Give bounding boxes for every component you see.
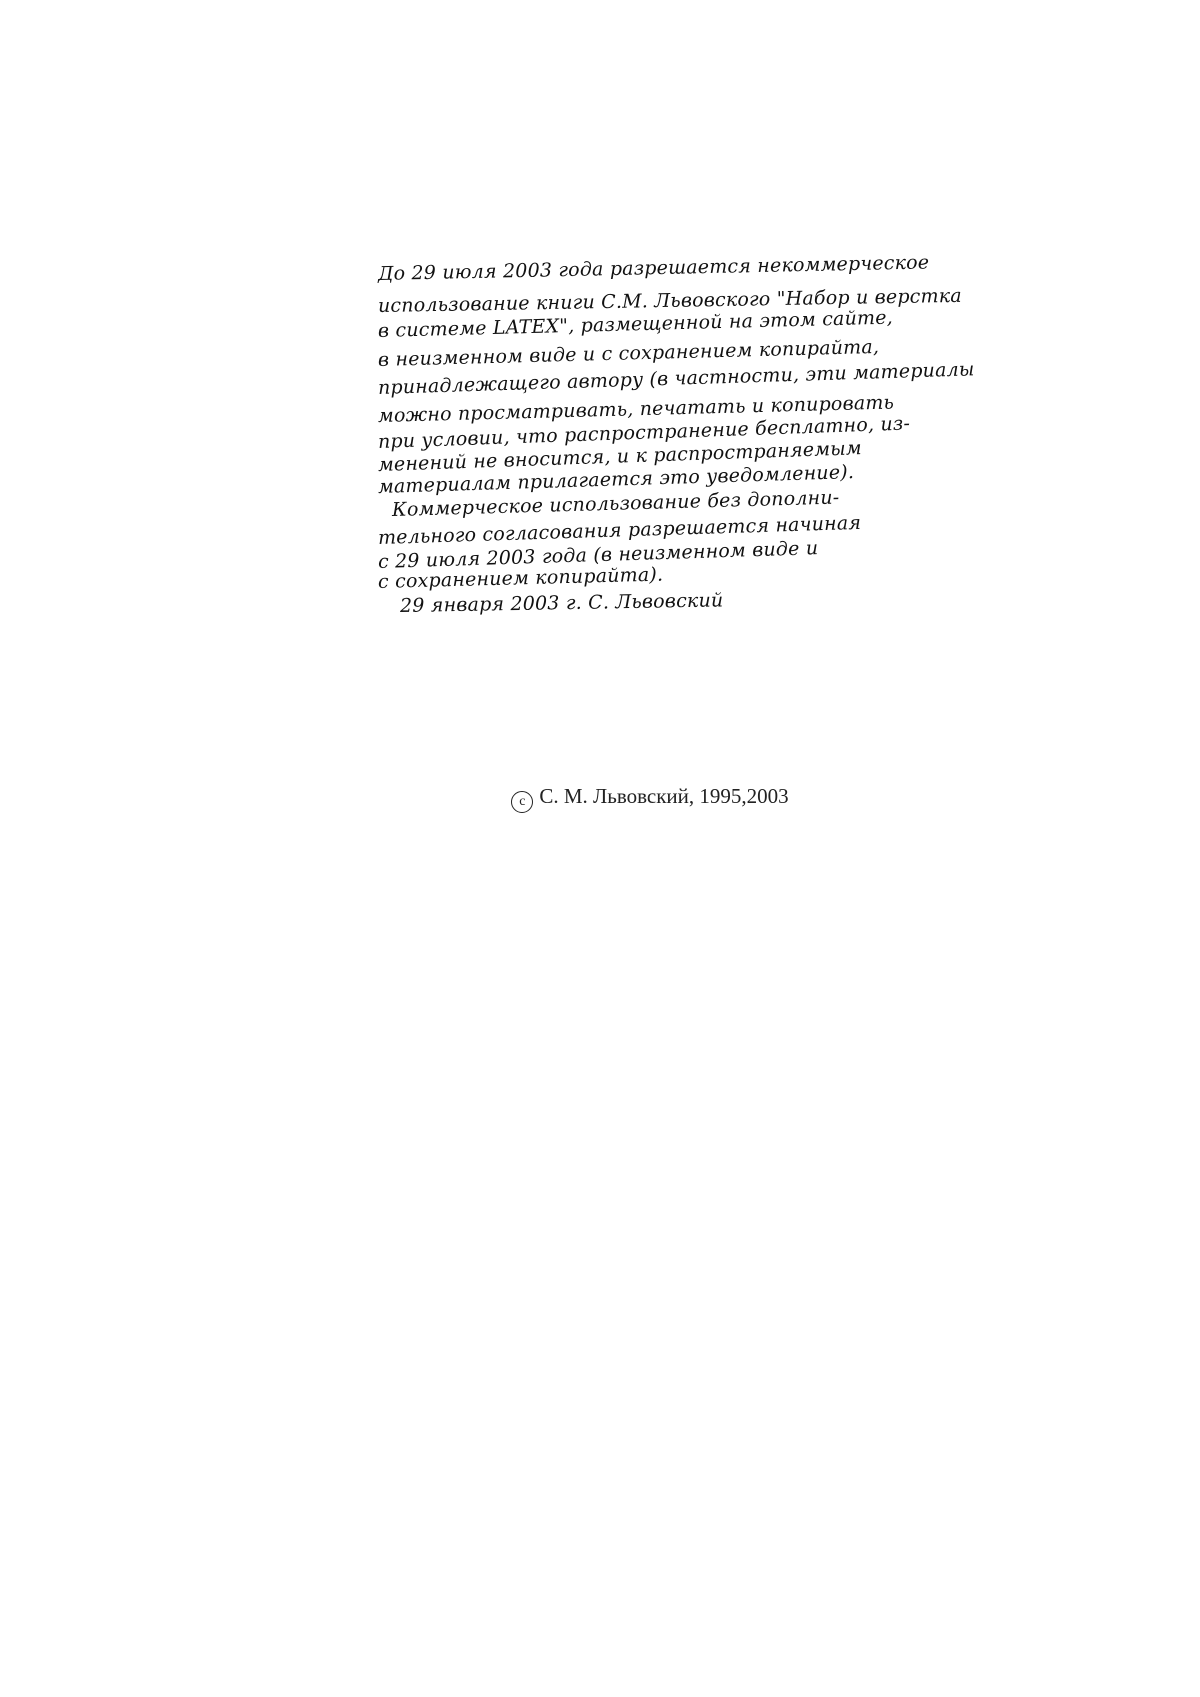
copyright-notice: cС. М. Львовский, 1995,2003 [0,784,1200,813]
notice-line: До 29 июля 2003 года разрешается некомме… [378,251,930,285]
document-page: До 29 июля 2003 года разрешается некомме… [0,0,1200,1697]
copyright-text: С. М. Львовский, 1995,2003 [539,784,788,808]
copyright-icon: c [511,791,533,813]
date-and-signature: 29 января 2003 г. С. Львовский [400,589,724,617]
